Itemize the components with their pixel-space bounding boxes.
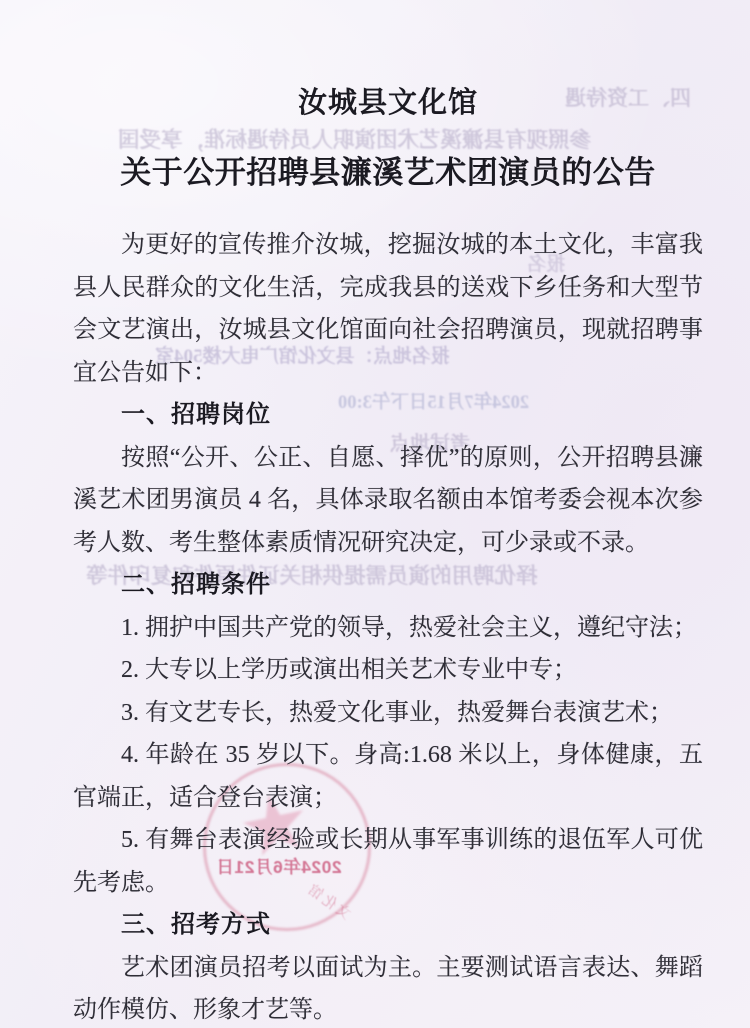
document-content: 汝城县文化馆 关于公开招聘县濂溪艺术团演员的公告 为更好的宣传推介汝城，挖掘汝城…	[73, 82, 703, 1028]
list-item-4: 4. 年龄在 35 岁以下。身高:1.68 米以上，身体健康，五官端正，适合登台…	[73, 734, 703, 819]
doc-title: 汝城县文化馆	[73, 82, 703, 124]
list-item-1: 1. 拥护中国共产党的领导，热爱社会主义，遵纪守法；	[73, 607, 703, 650]
section-heading-2: 二、招聘条件	[73, 564, 703, 607]
section-heading-1: 一、招聘岗位	[73, 394, 703, 437]
doc-body: 为更好的宣传推介汝城，挖掘汝城的本土文化，丰富我县人民群众的文化生活，完成我县的…	[73, 224, 703, 1028]
list-item-3: 3. 有文艺专长，热爱文化事业，热爱舞台表演艺术；	[73, 692, 703, 735]
section-heading-3: 三、招考方式	[73, 904, 703, 947]
document-page: 四、工资待遇 参照现有县濂溪艺术团演职人员待遇标准，享受国 报名 报名地点：县文…	[0, 0, 750, 1028]
list-item-5: 5. 有舞台表演经验或长期从事军事训练的退伍军人可优先考虑。	[73, 819, 703, 904]
paragraph: 艺术团演员招考以面试为主。主要测试语言表达、舞蹈动作模仿、形象才艺等。	[73, 947, 703, 1028]
paragraph: 按照“公开、公正、自愿、择优”的原则，公开招聘县濂溪艺术团男演员 4 名，具体录…	[73, 437, 703, 565]
paragraph-intro: 为更好的宣传推介汝城，挖掘汝城的本土文化，丰富我县人民群众的文化生活，完成我县的…	[73, 224, 703, 394]
list-item-2: 2. 大专以上学历或演出相关艺术专业中专；	[73, 649, 703, 692]
doc-subtitle: 关于公开招聘县濂溪艺术团演员的公告	[73, 150, 703, 196]
